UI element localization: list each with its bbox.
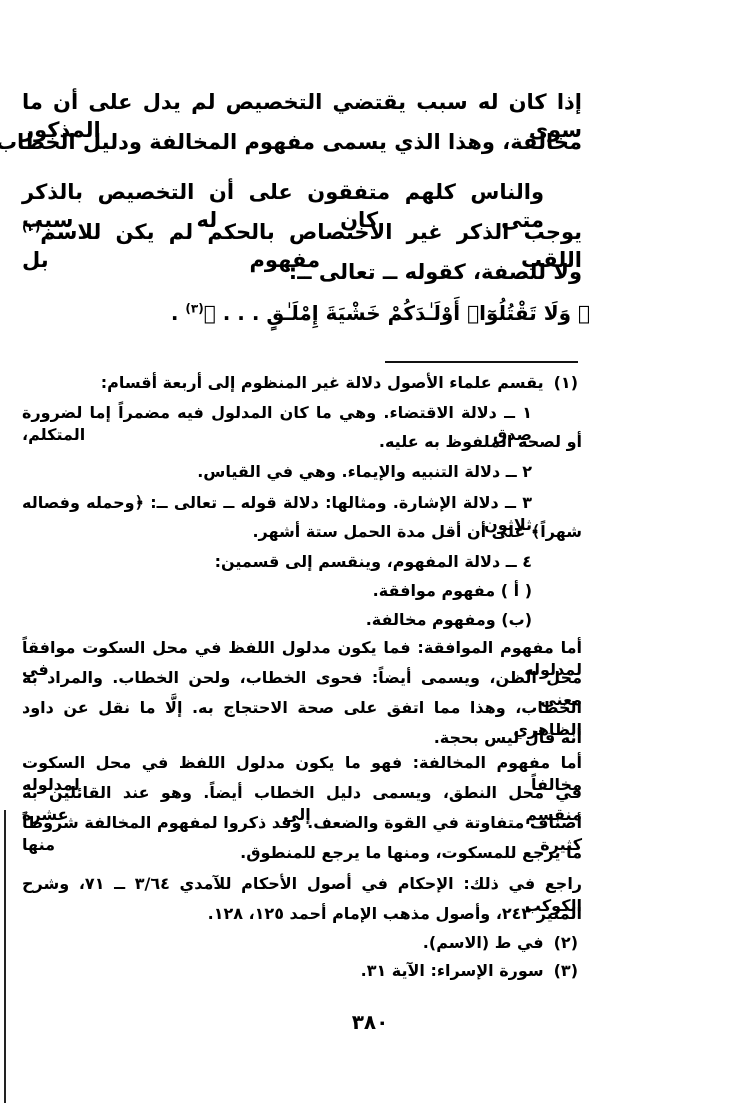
footnote-1-item4: ٤ ــ دلالة المفهوم، وينقسم إلى قسمين: [215,551,532,573]
mukhalafa-heading: أما مفهوم المخالفة: [413,753,582,772]
page-edge-border [4,810,6,1103]
footnote-1-intro: (١)يقسم علماء الأصول دلالة غير المنظوم إ… [101,372,578,394]
muwafaqa-heading: أما مفهوم الموافقة: [417,638,582,657]
footnote-1-intro-text: يقسم علماء الأصول دلالة غير المنظوم إلى … [101,373,544,392]
quran-verse: ﴿ وَلَا تَقْتُلُوٓا۟ أَوْلَـٰدَكُمْ خَشْ… [230,298,590,328]
footnote-3-number: (٣) [554,960,578,982]
page-number: ٣٨٠ [320,1010,420,1034]
verse-text: وَلَا تَقْتُلُوٓا۟ أَوْلَـٰدَكُمْ خَشْيَ… [223,301,571,325]
main-para2-line3: ولا للصفة، كقوله ــ تعالى ــ: [289,258,582,286]
main-para2-line2-a: يوجب الذكر غير الاختصاص بالحكم لم يكن لل… [40,220,582,244]
footnote-1-refs-line2: المنير ٢٤٣، وأصول مذهب الإمام أحمد ١٢٥، … [208,903,582,925]
verse-close-ornament-icon: ﴾ [204,301,216,325]
verse-end: . [171,301,179,325]
footnote-2-number: (٢) [554,932,578,954]
footnote-separator [385,361,578,363]
footnote-1-item1-line2: أو لصحة الملفوظ به عليه. [379,431,582,453]
footnote-1-number: (١) [554,372,578,394]
footnote-1-mukhalafa-line4: ما يرجع للمسكوت، ومنها ما يرجع للمنطوق. [240,842,582,864]
footnote-ref-3[interactable]: (٣) [185,301,203,315]
main-para1-line2-text: مخالفة، وهذا الذي يسمى مفهوم المخالفة ود… [0,130,582,154]
footnote-1-item4a: ( أ ) مفهوم موافقة. [373,580,532,602]
footnote-1-item2: ٢ ــ دلالة التنبيه والإيماء. وهي في القي… [197,461,532,483]
footnote-1-item3-line2: شهراً﴾ على أن أقل مدة الحمل ستة أشهر. [252,521,582,543]
footnote-1-muwafaqa-line4: أنه قال ليس بحجة. [434,727,582,749]
footnote-2: (٢)في ط (الاسم). [423,932,578,954]
main-para1-line2: مخالفة، وهذا الذي يسمى مفهوم المخالفة ود… [0,128,582,156]
footnote-2-text: في ط (الاسم). [423,933,544,952]
footnote-1-item4b: (ب) ومفهوم مخالفة. [366,609,532,631]
footnote-ref-2[interactable]: (٢) [22,220,40,234]
footnote-3-text: سورة الإسراء: الآية ٣١. [361,961,544,980]
footnote-3: (٣)سورة الإسراء: الآية ٣١. [361,960,578,982]
verse-open-ornament-icon: ﴿ [578,301,590,325]
